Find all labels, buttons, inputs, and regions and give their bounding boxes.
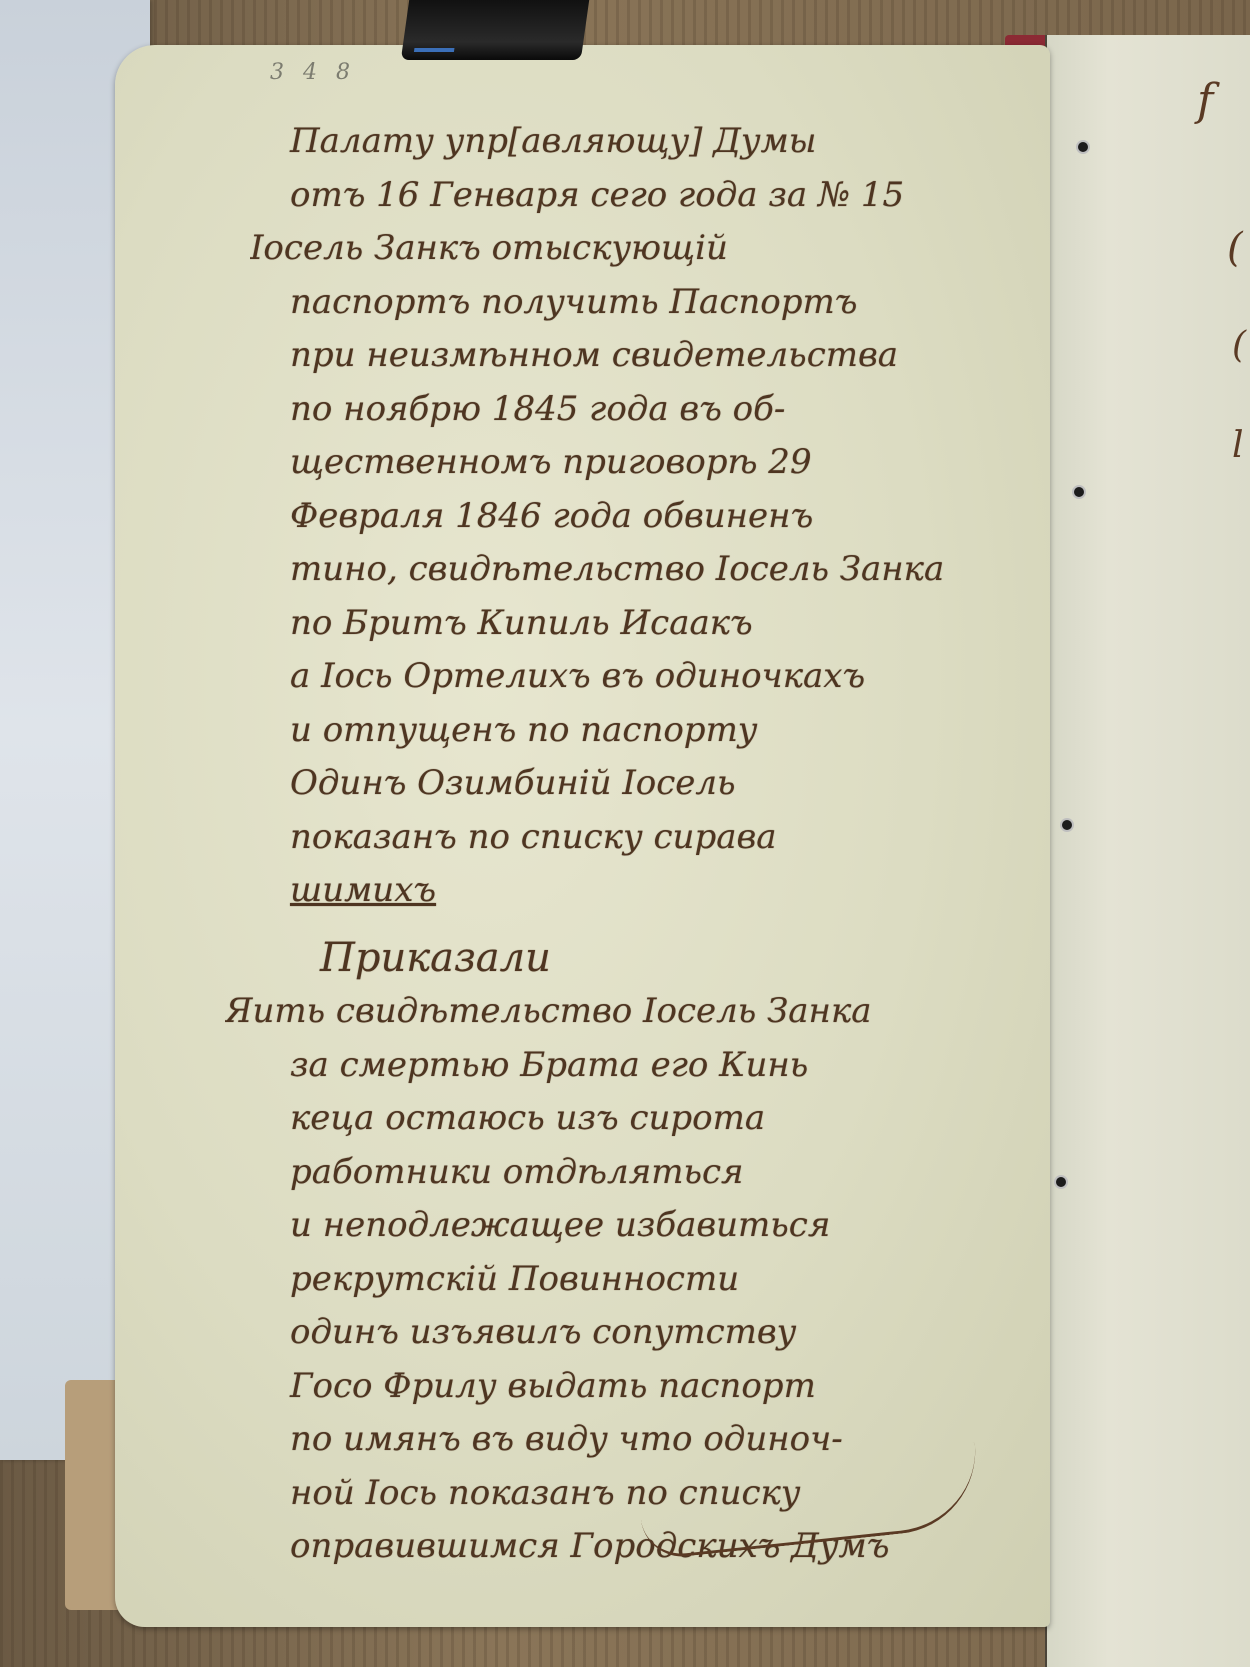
text-line: Іосель Занкъ отыскующій (250, 222, 1040, 276)
text-line: и неподлежащее избавиться (250, 1199, 1040, 1253)
text-line: паспортъ получить Паспортъ (250, 276, 1040, 330)
text-line: а Іось Ортелихъ въ одиночкахъ (250, 650, 1040, 704)
binder-clip-icon (401, 0, 589, 60)
text-line: работники отдѣляться (250, 1146, 1040, 1200)
text-line: шимихъ (250, 864, 1040, 918)
text-line: Палату упр[авляющу] Думы (250, 115, 1040, 169)
text-line: при неизмѣнном свидетельства (250, 329, 1040, 383)
facing-page: f ( l ( (1045, 35, 1250, 1667)
facing-page-mark: ( (1227, 225, 1243, 271)
text-line: щественномъ приговорѣ 29 (250, 436, 1040, 490)
text-line: по Бритъ Кипиль Исаакъ (250, 597, 1040, 651)
text-line: показанъ по списку сирава (250, 811, 1040, 865)
text-line: Яить свидѣтельство Іосель Занка (225, 985, 1040, 1039)
page-marker: 3 4 8 (270, 60, 356, 85)
text-line: Февраля 1846 года обвиненъ (250, 490, 1040, 544)
facing-page-mark: f (1197, 75, 1213, 126)
facing-page-mark: l (1232, 425, 1244, 466)
text-line: Одинъ Озимбиній Іосель (250, 757, 1040, 811)
text-line: Госо Фрилу выдать паспорт (250, 1360, 1040, 1414)
binding-hole-icon (1060, 818, 1074, 832)
binding-hole-icon (1072, 485, 1086, 499)
text-line: за смертью Брата его Кинь (250, 1039, 1040, 1093)
text-line: кеца остаюсь изъ сирота (250, 1092, 1040, 1146)
facing-page-mark: ( (1232, 325, 1246, 366)
binding-hole-icon (1054, 1175, 1068, 1189)
binding-hole-icon (1076, 140, 1090, 154)
text-line: отъ 16 Генваря сего года за № 15 (250, 169, 1040, 223)
handwritten-text: Палату упр[авляющу] Думы отъ 16 Генваря … (250, 115, 1040, 1574)
text-line: по ноябрю 1845 года въ об- (250, 383, 1040, 437)
text-line: рекрутскій Повинности (250, 1253, 1040, 1307)
text-line: тино, свидѣтельство Іосель Занка (250, 543, 1040, 597)
text-line: одинъ изъявилъ сопутству (250, 1306, 1040, 1360)
text-line: и отпущенъ по паспорту (250, 704, 1040, 758)
section-heading: Приказали (250, 932, 1040, 986)
